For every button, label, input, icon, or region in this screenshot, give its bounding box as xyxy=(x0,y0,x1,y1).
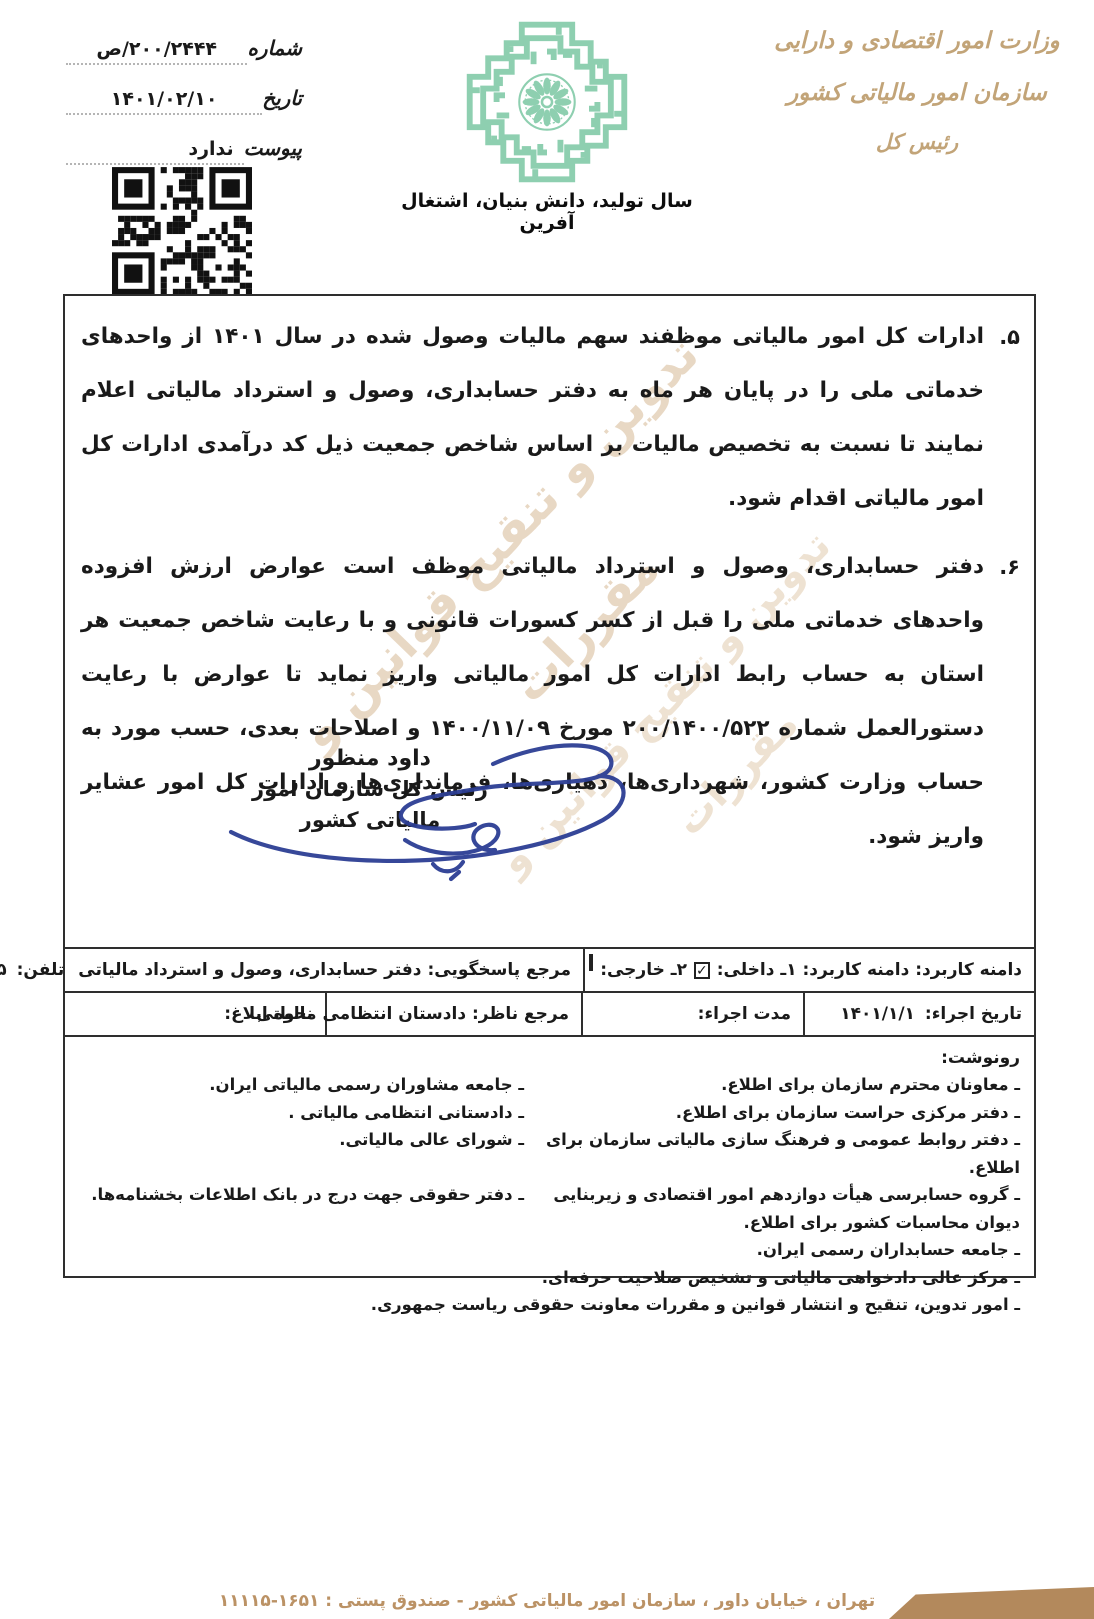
cc-item: ـ دفتر روابط عمومی و فرهنگ سازی مالیاتی … xyxy=(524,1126,1020,1181)
cc-item: ـ مرکز عالی دادخواهی مالیاتی و تشخیص صلا… xyxy=(79,1264,1020,1292)
handwritten-signature xyxy=(193,734,673,889)
letter-number-label: شماره xyxy=(247,36,306,60)
responder-label: مرجع پاسخگویی: دفتر حسابداری، وصول و است… xyxy=(78,960,571,980)
cc-item: ـ جامعه مشاوران رسمی مالیاتی ایران. xyxy=(79,1071,524,1099)
cc-item: ـ دفتر مرکزی حراست سازمان برای اطلاع. xyxy=(524,1099,1020,1127)
exec-date-label: تاریخ اجراء: xyxy=(925,1004,1022,1024)
scope-cell: دامنه کاربرد: دامنه کاربرد: ۱ـ داخلی: ✓ … xyxy=(583,949,1034,991)
official-letter-page: وزارت امور اقتصادی و دارایی سازمان امور … xyxy=(0,0,1094,1619)
paragraph-5-number: ۵. xyxy=(984,310,1020,526)
cc-row: ـ مرکز عالی دادخواهی مالیاتی و تشخیص صلا… xyxy=(79,1264,1020,1292)
scope-label: دامنه کاربرد: دامنه کاربرد: ۱ـ داخلی: xyxy=(717,960,1022,980)
cc-item: ـ گروه حسابرسی هیأت دوازدهم امور اقتصادی… xyxy=(524,1181,1020,1236)
cc-item: ـ امور تدوین، تنقیح و انتشار قوانین و مق… xyxy=(79,1291,1020,1319)
ministry-header: وزارت امور اقتصادی و دارایی سازمان امور … xyxy=(762,26,1072,156)
letter-number-row: شماره ۲۰۰/۲۴۴۴/ص xyxy=(66,36,306,65)
info-table-row-scope: دامنه کاربرد: دامنه کاربرد: ۱ـ داخلی: ✓ … xyxy=(63,947,1036,993)
cc-row: ـ دفتر مرکزی حراست سازمان برای اطلاع. ـ … xyxy=(79,1099,1020,1127)
responder-cell: مرجع پاسخگویی: دفتر حسابداری، وصول و است… xyxy=(0,949,583,991)
external-checkbox-empty xyxy=(589,954,593,971)
cc-row: ـ جامعه حسابداران رسمی ایران. xyxy=(79,1236,1020,1264)
paragraph-5-text: ادارات کل امور مالیاتی موظفند سهم مالیات… xyxy=(81,310,984,526)
letter-body-box: ۵. ادارات کل امور مالیاتی موظفند سهم مال… xyxy=(63,294,1036,949)
ministry-name: وزارت امور اقتصادی و دارایی xyxy=(762,26,1072,56)
cc-item: ـ دادستانی انتظامی مالیاتی . xyxy=(79,1099,524,1127)
letter-date-row: تاریخ ۱۴۰۱/۰۲/۱۰ xyxy=(66,86,306,115)
cc-title: رونوشت: xyxy=(79,1045,1020,1071)
letter-meta: شماره ۲۰۰/۲۴۴۴/ص تاریخ ۱۴۰۱/۰۲/۱۰ پیوست … xyxy=(66,36,306,186)
exec-date-cell: تاریخ اجراء: ۱۴۰۱/۱/۱ xyxy=(803,993,1034,1035)
letter-number-value: ۲۰۰/۲۴۴۴/ص xyxy=(66,38,247,65)
duration-cell: مدت اجراء: xyxy=(581,993,803,1035)
letter-attachment-label: پیوست xyxy=(244,136,306,160)
office-title: رئیس کل xyxy=(762,128,1072,156)
cc-row: ـ معاونان محترم سازمان برای اطلاع. ـ جام… xyxy=(79,1071,1020,1099)
letter-attachment-row: پیوست ندارد xyxy=(66,136,306,165)
phone-label: تلفن: xyxy=(17,960,65,980)
supervisor-cell: مرجع ناظر: دادستان انتظامی مالیاتی xyxy=(325,993,581,1035)
cc-item: ـ معاونان محترم سازمان برای اطلاع. xyxy=(524,1071,1020,1099)
qr-code xyxy=(112,167,252,295)
cc-item: ـ دفتر حقوقی جهت درج در بانک اطلاعات بخش… xyxy=(79,1181,524,1236)
cc-item: ـ جامعه حسابداران رسمی ایران. xyxy=(79,1236,1020,1264)
cc-row: ـ گروه حسابرسی هیأت دوازدهم امور اقتصادی… xyxy=(79,1181,1020,1236)
letter-attachment-value: ندارد xyxy=(66,138,244,165)
info-table-row-execution: تاریخ اجراء: ۱۴۰۱/۱/۱ مدت اجراء: مرجع نا… xyxy=(63,991,1036,1037)
paragraph-6-number: ۶. xyxy=(984,540,1020,864)
cc-row: ـ دفتر روابط عمومی و فرهنگ سازی مالیاتی … xyxy=(79,1126,1020,1181)
paragraph-5: ۵. ادارات کل امور مالیاتی موظفند سهم مال… xyxy=(81,310,1020,526)
year-slogan: سال تولید، دانش بنیان، اشتغال آفرین xyxy=(372,190,722,234)
scope-external-label: ۲ـ خارجی: xyxy=(600,960,687,980)
letter-date-label: تاریخ xyxy=(262,86,306,110)
phone-value: ۰۲۱-۳۳۹۶۷۸۱۵ xyxy=(0,960,7,980)
cc-box: رونوشت: ـ معاونان محترم سازمان برای اطلا… xyxy=(63,1035,1036,1278)
tax-administration-logo-icon xyxy=(456,18,638,186)
cc-row: ـ امور تدوین، تنقیح و انتشار قوانین و مق… xyxy=(79,1291,1020,1319)
exec-date-value: ۱۴۰۱/۱/۱ xyxy=(840,1004,915,1024)
notify-cell: نحوه ابلاغ: xyxy=(65,993,325,1035)
organization-name: سازمان امور مالیاتی کشور xyxy=(762,78,1072,108)
notify-label: نحوه ابلاغ: xyxy=(224,1004,313,1024)
internal-checkbox-checked: ✓ xyxy=(694,962,710,979)
duration-label: مدت اجراء: xyxy=(698,1004,791,1024)
letter-date-value: ۱۴۰۱/۰۲/۱۰ xyxy=(66,88,262,115)
cc-item: ـ شورای عالی مالیاتی. xyxy=(79,1126,524,1181)
